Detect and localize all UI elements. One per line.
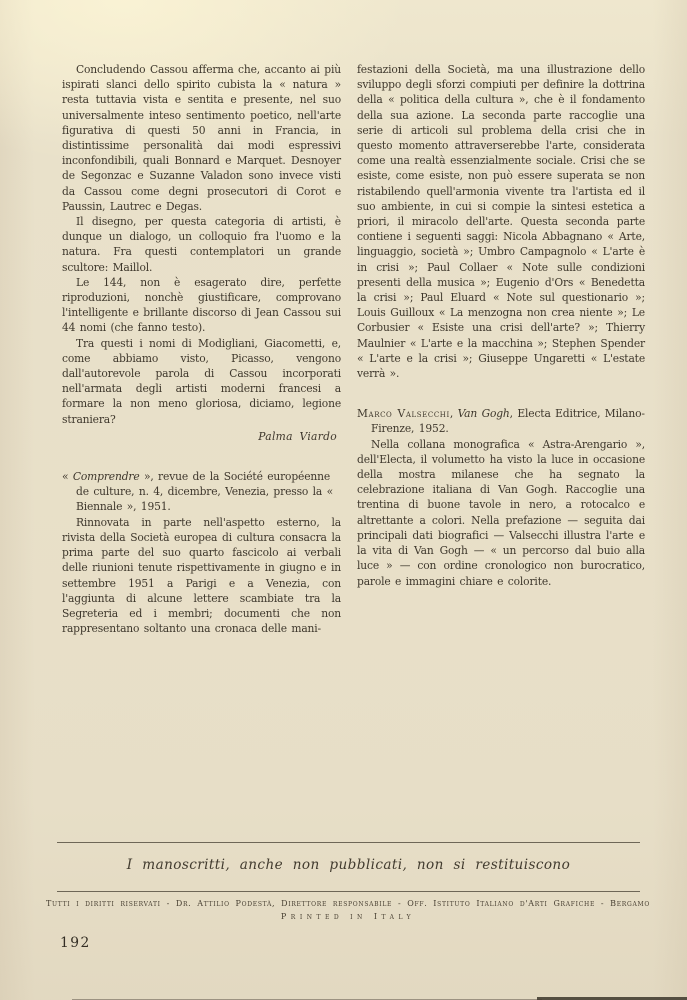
paragraph: Nella collana monografica « Astra-Arenga…	[357, 437, 645, 589]
manuscripts-notice: I manoscritti, anche non pubblicati, non…	[57, 857, 640, 873]
bibliographic-entry: « Comprendre », revue de la Société euro…	[62, 469, 341, 515]
bib-author: Marco Valsecchi	[357, 407, 450, 420]
printed-in-italy-line: Printed in Italy	[46, 912, 650, 921]
scanned-book-page: { "page": { "number": "192" }, "columns"…	[0, 0, 687, 1000]
left-text-column: Concludendo Cassou afferma che, accanto …	[62, 62, 341, 636]
paragraph: Rinnovata in parte nell'aspetto esterno,…	[62, 515, 341, 637]
page-number: 192	[60, 935, 91, 951]
right-text-column: festazioni della Società, ma una illustr…	[357, 62, 645, 589]
paragraph: Il disegno, per questa categoria di arti…	[62, 214, 341, 275]
bib-title: Comprendre	[73, 470, 140, 483]
paragraph: Tra questi i nomi di Modigliani, Giacome…	[62, 336, 341, 427]
bib-open-quote: «	[62, 470, 73, 483]
paragraph: Le 144, non è esagerato dire, perfette r…	[62, 275, 341, 336]
bibliographic-entry: Marco Valsecchi, Van Gogh, Electa Editri…	[357, 406, 645, 436]
paragraph: Concludendo Cassou afferma che, accanto …	[62, 62, 341, 214]
bib-separator: ,	[450, 407, 458, 420]
bib-title: Van Gogh	[458, 407, 510, 420]
author-signature: Palma Viardo	[62, 429, 337, 444]
paragraph-continuation: festazioni della Società, ma una illustr…	[357, 62, 645, 381]
colophon-credits-line: Tutti i diritti riservati - Dr. Attilio …	[46, 899, 650, 908]
horizontal-rule-bottom	[57, 891, 640, 892]
horizontal-rule-top	[57, 842, 640, 843]
